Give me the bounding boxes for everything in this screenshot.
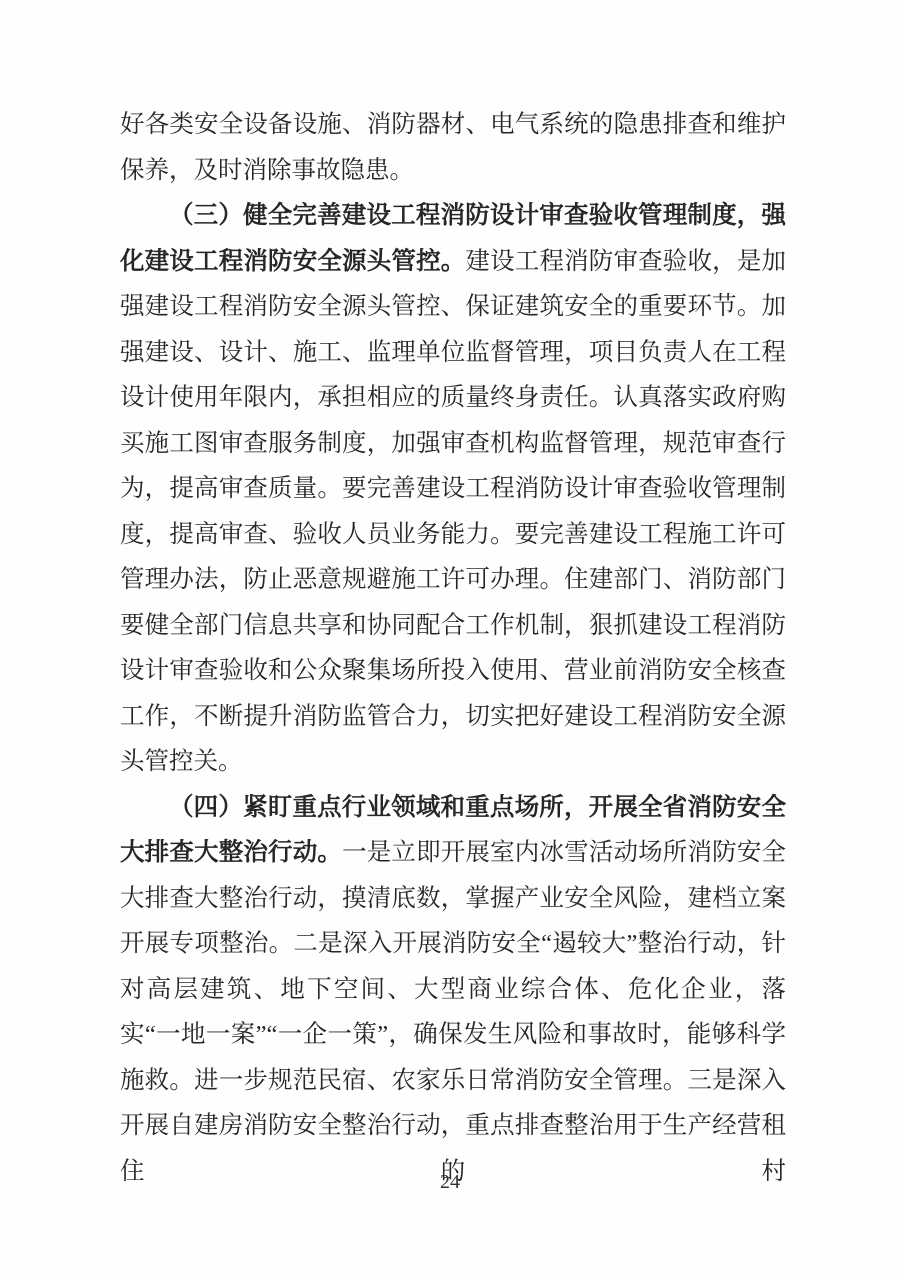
paragraph: （四）紧盯重点行业领域和重点场所，开展全省消防安全大排查大整治行动。一是立即开展… xyxy=(120,785,786,1195)
document-page: 好各类安全设备设施、消防器材、电气系统的隐患排查和维护保养，及时消除事故隐患。（… xyxy=(0,0,900,1273)
paragraph-text: 一是立即开展室内冰雪活动场所消防安全大排查大整治行动，摸清底数，掌握产业安全风险… xyxy=(120,839,786,1185)
paragraph: 好各类安全设备设施、消防器材、电气系统的隐患排查和维护保养，及时消除事故隐患。 xyxy=(120,102,786,193)
paragraph: （三）健全完善建设工程消防设计审查验收管理制度，强化建设工程消防安全源头管控。建… xyxy=(120,193,786,785)
paragraph-text: 建设工程消防审查验收，是加强建设工程消防安全源头管控、保证建筑安全的重要环节。加… xyxy=(120,248,786,776)
paragraph-text: 好各类安全设备设施、消防器材、电气系统的隐患排查和维护保养，及时消除事故隐患。 xyxy=(120,111,786,184)
document-body: 好各类安全设备设施、消防器材、电气系统的隐患排查和维护保养，及时消除事故隐患。（… xyxy=(120,102,786,1194)
page-footer: 24 xyxy=(0,1168,900,1196)
page-number: 24 xyxy=(440,1171,460,1193)
